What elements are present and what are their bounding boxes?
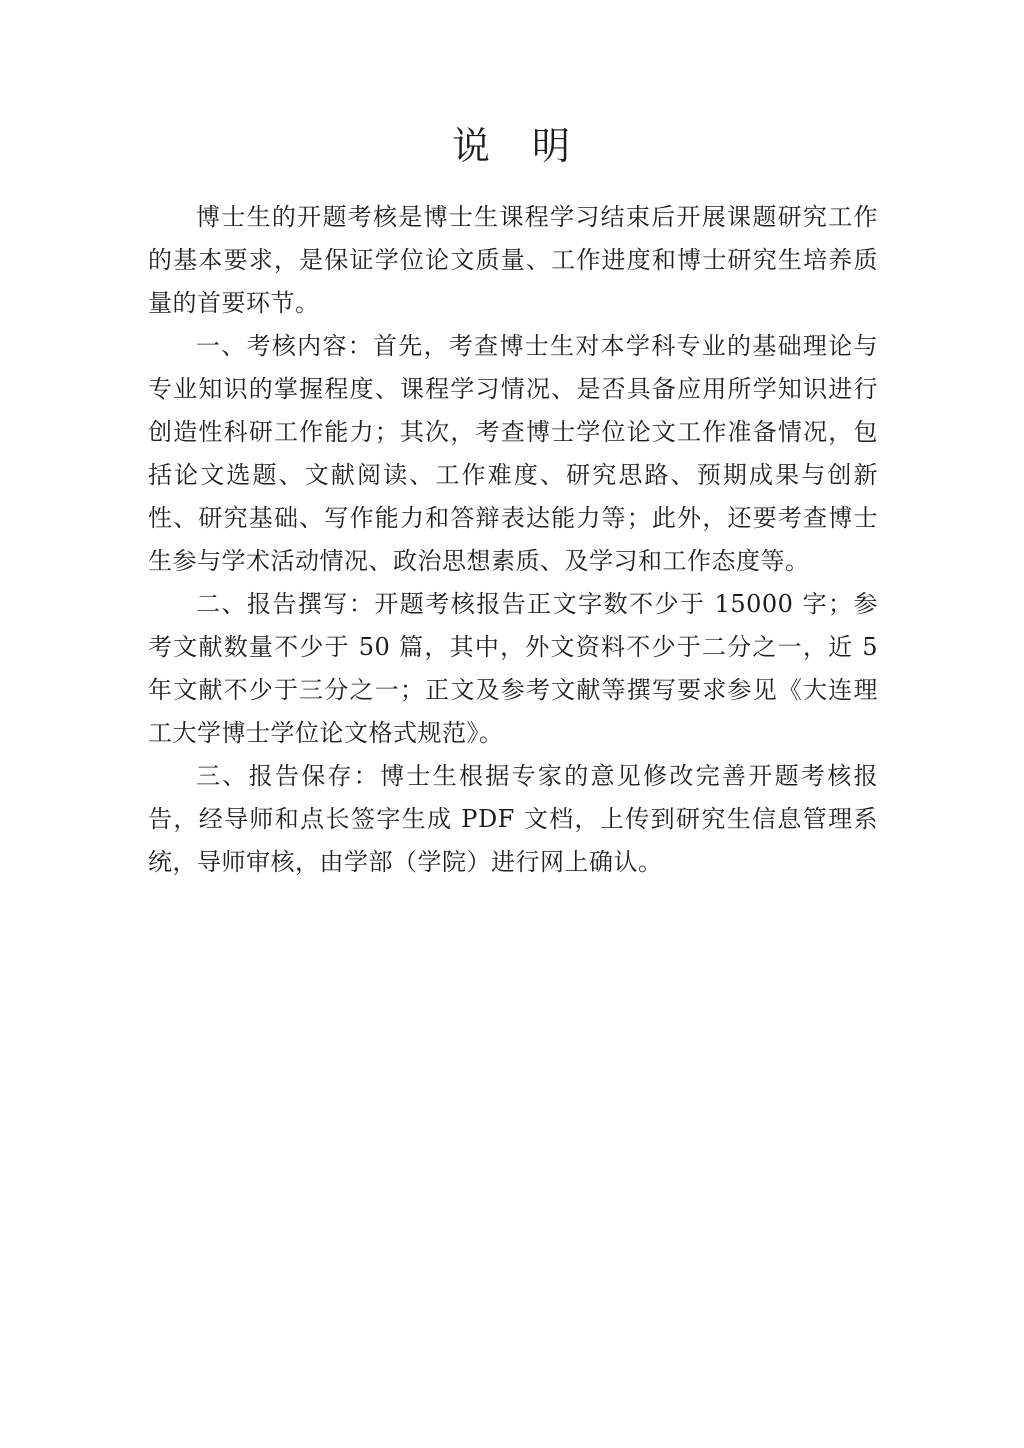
paragraph-overview: 博士生的开题考核是博士生课程学习结束后开展课题研究工作的基本要求，是保证学位论文… [148,196,878,325]
document-body: 博士生的开题考核是博士生课程学习结束后开展课题研究工作的基本要求，是保证学位论文… [148,196,878,884]
document-page: 说 明 博士生的开题考核是博士生课程学习结束后开展课题研究工作的基本要求，是保证… [0,0,1024,1448]
paragraph-report-saving: 三、报告保存：博士生根据专家的意见修改完善开题考核报告，经导师和点长签字生成 P… [148,755,878,884]
document-title: 说 明 [0,122,1024,170]
paragraph-report-writing: 二、报告撰写：开题考核报告正文字数不少于 15000 字；参考文献数量不少于 5… [148,583,878,755]
paragraph-assessment-content: 一、考核内容：首先，考查博士生对本学科专业的基础理论与专业知识的掌握程度、课程学… [148,325,878,583]
